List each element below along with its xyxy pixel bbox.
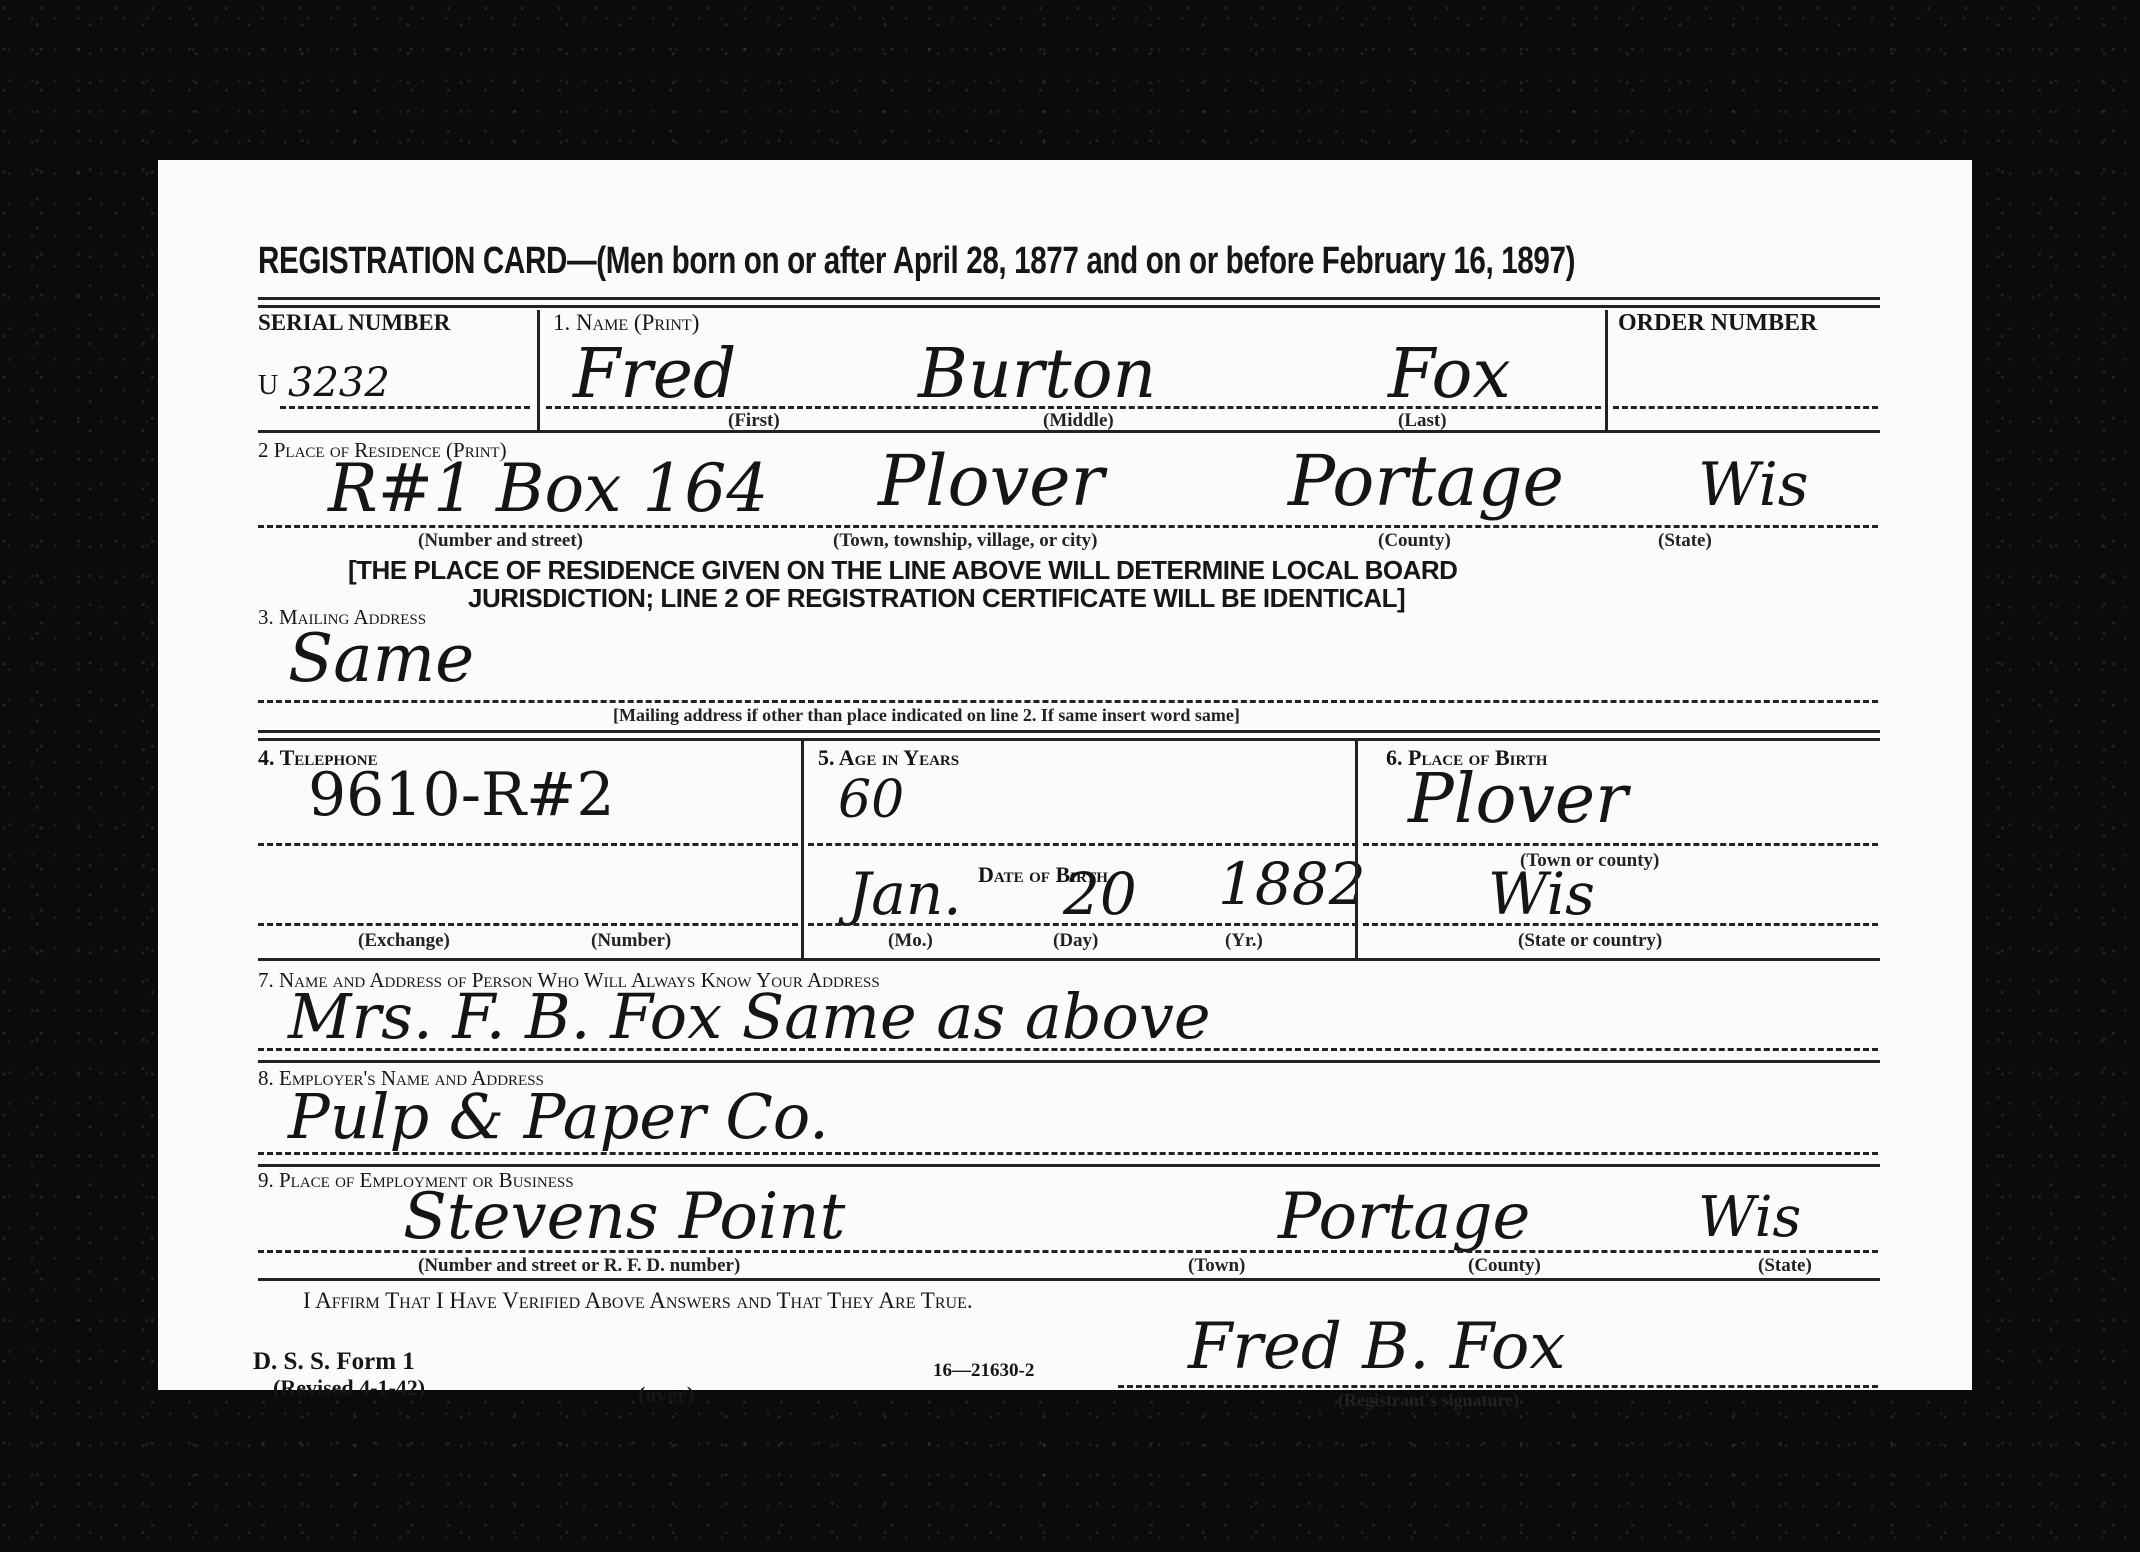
mailing-caption: [Mailing address if other than place ind… <box>613 705 1240 726</box>
form-name: D. S. S. Form 1 <box>253 1348 415 1376</box>
residence-state-value[interactable]: Wis <box>1698 450 1809 520</box>
mailing-line <box>258 700 1878 703</box>
serial-prefix: U <box>258 370 278 402</box>
birthplace-caption-state: (State or country) <box>1518 930 1662 952</box>
employment-state-value[interactable]: Wis <box>1698 1185 1801 1250</box>
dob-line <box>808 923 1358 926</box>
mailing-address-value[interactable]: Same <box>288 620 474 697</box>
card-title-main: REGISTRATION CARD— <box>258 240 596 282</box>
name-middle-value[interactable]: Burton <box>918 335 1156 414</box>
title-rule-bottom <box>258 305 1880 308</box>
form-revised: (Revised 4-1-42) <box>273 1375 425 1401</box>
birthplace-town-value[interactable]: Plover <box>1408 760 1628 839</box>
residence-notice-line1: [THE PLACE OF RESIDENCE GIVEN ON THE LIN… <box>348 555 1457 586</box>
birthplace-state-line <box>1363 923 1878 926</box>
dob-day-value[interactable]: 20 <box>1063 860 1137 928</box>
telephone-value[interactable]: 9610-R#2 <box>308 760 615 830</box>
form-over: (over) <box>638 1382 694 1408</box>
age-value[interactable]: 60 <box>838 770 904 830</box>
registrant-signature[interactable]: Fred B. Fox <box>1188 1310 1565 1384</box>
age-label: 5. Age in Years <box>818 745 959 771</box>
card-title-subtitle: (Men born on or after April 28, 1877 and… <box>596 240 1575 282</box>
residence-street-value[interactable]: R#1 Box 164 <box>328 450 768 527</box>
employer-value[interactable]: Pulp & Paper Co. <box>288 1080 829 1153</box>
signature-caption: (Registrant's signature) <box>1338 1390 1519 1411</box>
card-title: REGISTRATION CARD—(Men born on or after … <box>258 240 1575 283</box>
age-line <box>808 843 1358 846</box>
name-caption-last: (Last) <box>1398 410 1447 432</box>
telephone-caption-number: (Number) <box>591 930 671 952</box>
employment-caption-town: (Town) <box>1188 1255 1245 1277</box>
serial-line <box>280 406 530 409</box>
signature-line <box>1118 1385 1878 1388</box>
serial-number-value[interactable]: 3232 <box>288 360 390 406</box>
row3-rule-top <box>258 730 1880 733</box>
contact-person-line <box>258 1048 1878 1051</box>
residence-caption-street: (Number and street) <box>418 530 583 552</box>
name-order-divider <box>1605 310 1608 430</box>
residence-caption-state: (State) <box>1658 530 1712 552</box>
contact-person-value[interactable]: Mrs. F. B. Fox Same as above <box>288 980 1211 1053</box>
title-rule-top <box>258 297 1880 300</box>
birthplace-state-value[interactable]: Wis <box>1488 860 1595 928</box>
dob-year-value[interactable]: 1882 <box>1218 850 1366 918</box>
residence-caption-town: (Town, township, village, or city) <box>833 530 1097 552</box>
employment-town-value[interactable]: Stevens Point <box>403 1180 845 1254</box>
serial-number-label: SERIAL NUMBER <box>258 310 450 336</box>
registration-card: REGISTRATION CARD—(Men born on or after … <box>158 160 1972 1390</box>
row7-rule <box>258 1060 1880 1063</box>
residence-town-value[interactable]: Plover <box>878 440 1104 522</box>
order-line <box>1613 406 1878 409</box>
phone-age-divider <box>801 740 804 958</box>
employment-caption-state: (State) <box>1758 1255 1812 1277</box>
residence-notice-line2: JURISDICTION; LINE 2 OF REGISTRATION CER… <box>468 583 1405 614</box>
row1-rule <box>258 430 1880 433</box>
employment-line <box>258 1250 1878 1253</box>
row9-rule <box>258 1278 1880 1281</box>
residence-caption-county: (County) <box>1378 530 1451 552</box>
row3-rule-bottom <box>258 738 1880 741</box>
affirmation-text: I Affirm That I Have Verified Above Answ… <box>303 1288 973 1314</box>
age-birthplace-divider <box>1355 740 1358 958</box>
telephone-caption-exchange: (Exchange) <box>358 930 450 952</box>
name-line <box>546 406 1601 409</box>
dob-month-value[interactable]: Jan. <box>848 860 962 928</box>
dob-caption-month: (Mo.) <box>888 930 933 952</box>
name-caption-middle: (Middle) <box>1043 410 1114 432</box>
name-last-value[interactable]: Fox <box>1388 335 1511 414</box>
print-code: 16—21630-2 <box>933 1360 1034 1382</box>
name-caption-first: (First) <box>728 410 780 432</box>
employment-caption-county: (County) <box>1468 1255 1541 1277</box>
residence-county-value[interactable]: Portage <box>1288 440 1564 522</box>
birthplace-town-line <box>1363 843 1878 846</box>
serial-name-divider <box>537 310 540 430</box>
row6-rule <box>258 958 1880 961</box>
name-first-value[interactable]: Fred <box>573 335 736 414</box>
employment-caption-street: (Number and street or R. F. D. number) <box>418 1255 740 1277</box>
order-number-label: ORDER NUMBER <box>1618 310 1817 337</box>
dob-caption-day: (Day) <box>1053 930 1098 952</box>
telephone-line <box>258 843 798 846</box>
name-label: 1. Name (Print) <box>553 310 699 336</box>
dob-caption-year: (Yr.) <box>1225 930 1263 952</box>
employer-line <box>258 1152 1878 1155</box>
telephone-line-2 <box>258 923 798 926</box>
row8-rule <box>258 1164 1880 1167</box>
employment-county-value[interactable]: Portage <box>1278 1180 1530 1254</box>
residence-line <box>258 525 1878 528</box>
